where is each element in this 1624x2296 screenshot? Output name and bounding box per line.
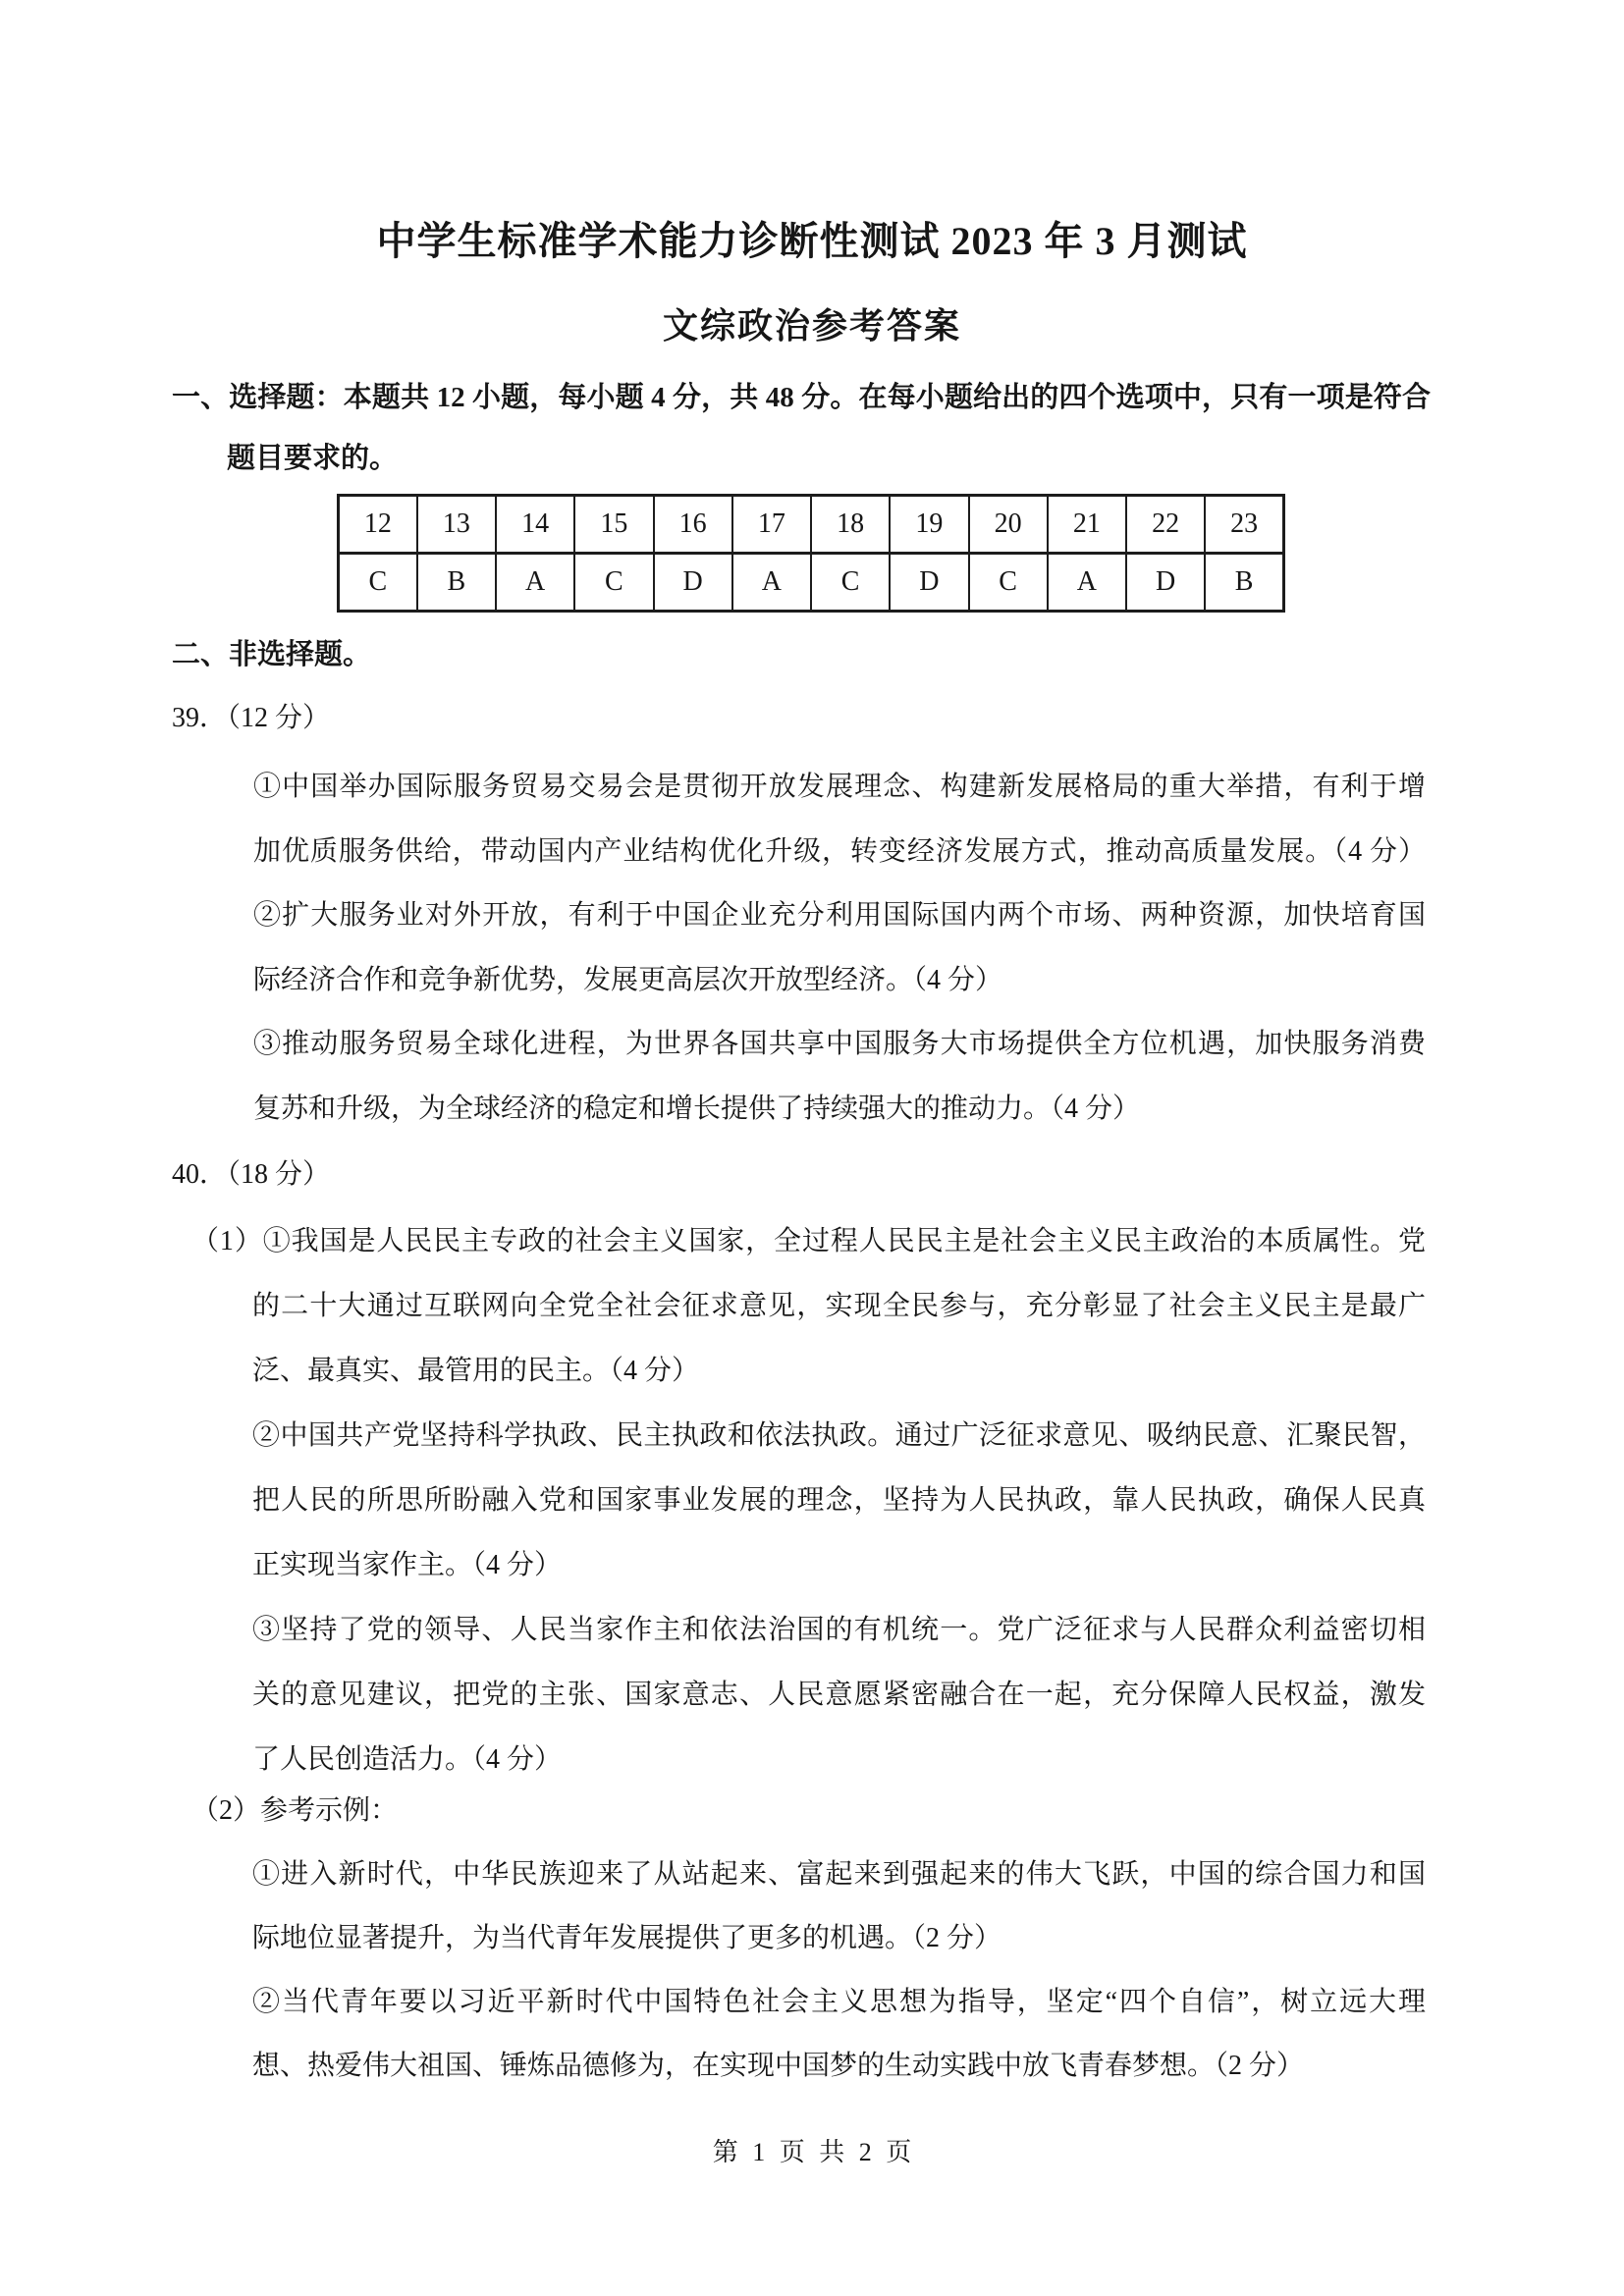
q40-part1-answer-line: 关的意见建议，把党的主张、国家意志、人民意愿紧密融合在一起，充分保障人民权益，激… [252,1679,1426,1712]
answer-letter-cell: A [496,554,574,612]
answer-letter-cell: D [1126,554,1205,612]
document-subtitle: 文综政治参考答案 [0,298,1624,348]
q40-part2-answer-line: 际地位显著提升，为当代青年发展提供了更多的机遇。（2 分） [252,1922,1001,1955]
q40-part1-answer-line: 泛、最真实、最管用的民主。（4 分） [252,1355,699,1388]
q40-label: 40．（18 分） [172,1158,330,1192]
answer-letter-cell: B [417,554,496,612]
answer-letter-cell: A [1048,554,1126,612]
document-title: 中学生标准学术能力诊断性测试 2023 年 3 月测试 [0,210,1624,266]
answer-letter-cell: D [654,554,732,612]
q40-part2-answer-line: ②当代青年要以习近平新时代中国特色社会主义思想为指导，坚定“四个自信”，树立远大… [252,1986,1426,2019]
noncho-section-heading: 二、非选择题。 [172,638,371,671]
answer-letter-cell: C [574,554,653,612]
question-number-cell: 17 [732,496,811,554]
q39-answer-line: 际经济合作和竞争新优势，发展更高层次开放型经济。（4 分） [253,964,1002,997]
q39-answer-line: ①中国举办国际服务贸易交易会是贯彻开放发展理念、构建新发展格局的重大举措，有利于… [253,771,1426,804]
q40-part2-label: （2）参考示例： [191,1794,398,1828]
question-number-cell: 21 [1048,496,1126,554]
question-number-cell: 14 [496,496,574,554]
question-number-cell: 12 [339,496,417,554]
q40-part1-answer-line: 正实现当家作主。（4 分） [252,1549,562,1582]
document-page: 中学生标准学术能力诊断性测试 2023 年 3 月测试 文综政治参考答案 一、选… [0,0,1624,2296]
question-number-cell: 20 [969,496,1048,554]
answer-letter-cell: A [732,554,811,612]
answer-letter-cell: C [339,554,417,612]
q40-part1-answer-line: 了人民创造活力。（4 分） [252,1743,562,1777]
answer-letter-cell: D [890,554,968,612]
q40-part1-answer-line: ③坚持了党的领导、人民当家作主和依法治国的有机统一。党广泛征求与人民群众利益密切… [252,1614,1426,1647]
q40-part2-answer-line: 想、热爱伟大祖国、锤炼品德修为，在实现中国梦的生动实践中放飞青春梦想。（2 分） [252,2050,1304,2083]
q39-answer-line: ③推动服务贸易全球化进程，为世界各国共享中国服务大市场提供全方位机遇，加快服务消… [253,1028,1426,1061]
answer-table: 12 13 14 15 16 17 18 19 20 21 22 23 C B … [337,494,1285,613]
q39-label: 39．（12 分） [172,702,330,735]
question-number-cell: 13 [417,496,496,554]
question-number-cell: 16 [654,496,732,554]
answer-table-number-row: 12 13 14 15 16 17 18 19 20 21 22 23 [339,496,1284,554]
page-footer: 第 1 页 共 2 页 [0,2132,1624,2168]
question-number-cell: 22 [1126,496,1205,554]
q40-part1-answer-line: （1）①我国是人民民主专政的社会主义国家，全过程人民民主是社会主义民主政治的本质… [191,1225,1426,1258]
answer-letter-cell: B [1205,554,1283,612]
question-number-cell: 15 [574,496,653,554]
q40-part1-answer-line: ②中国共产党坚持科学执政、民主执政和依法执政。通过广泛征求意见、吸纳民意、汇聚民… [252,1419,1426,1453]
q40-part1-answer-line: 的二十大通过互联网向全党全社会征求意见，实现全民参与，充分彰显了社会主义民主是最… [252,1290,1426,1323]
question-number-cell: 18 [811,496,890,554]
q39-answer-line: ②扩大服务业对外开放，有利于中国企业充分利用国际国内两个市场、两种资源，加快培育… [253,899,1426,933]
choice-section-heading-line2: 题目要求的。 [227,442,398,475]
question-number-cell: 19 [890,496,968,554]
question-number-cell: 23 [1205,496,1283,554]
q39-answer-line: 复苏和升级，为全球经济的稳定和增长提供了持续强大的推动力。（4 分） [253,1093,1140,1126]
answer-letter-cell: C [969,554,1048,612]
choice-section-heading-line1: 一、选择题：本题共 12 小题，每小题 4 分，共 48 分。在每小题给出的四个… [172,381,1431,414]
q40-part1-answer-line: 把人民的所思所盼融入党和国家事业发展的理念，坚持为人民执政，靠人民执政，确保人民… [252,1484,1426,1518]
q40-part2-answer-line: ①进入新时代，中华民族迎来了从站起来、富起来到强起来的伟大飞跃，中国的综合国力和… [252,1858,1426,1892]
answer-table-answer-row: C B A C D A C D C A D B [339,554,1284,612]
answer-letter-cell: C [811,554,890,612]
q39-answer-line: 加优质服务供给，带动国内产业结构优化升级，转变经济发展方式，推动高质量发展。（4… [253,835,1426,869]
